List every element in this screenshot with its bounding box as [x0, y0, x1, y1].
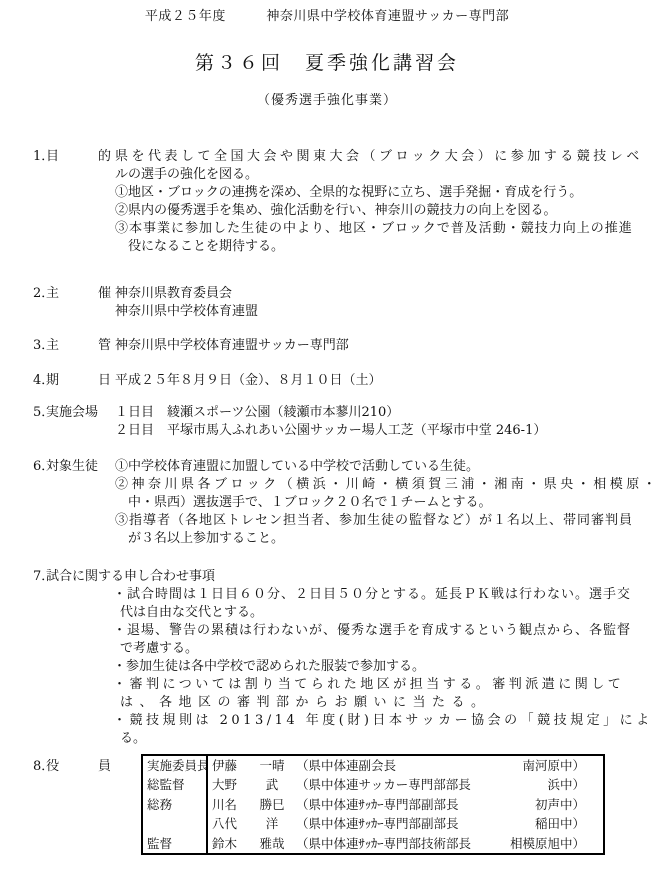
text-line: ２日目 平塚市馬入ふれあい公園サッカー場人工芝（平塚市中堂 246-1） [115, 422, 654, 440]
section-label: 主 催 [46, 286, 111, 301]
bullet-line: ・試合時間は１日目６０分、２日目５０分とする。延長ＰＫ戦は行わない。選手交 [113, 586, 654, 604]
section-number: 2． [33, 285, 46, 303]
text-line: 神奈川県教育委員会 [115, 285, 654, 303]
given-name: 雅哉 [258, 834, 286, 853]
section-label: 主 管 [46, 338, 111, 353]
given-name: 一晴 [258, 756, 286, 775]
section-label: 役 員 [46, 759, 111, 774]
table-row: 総監督 大野武 （県中体連サッカー専門部部長浜中） [143, 775, 603, 794]
section-admin-body: 神奈川県中学校体育連盟サッカー専門部 [115, 337, 654, 355]
section-students: 6．対象生徒 ①中学校体育連盟に加盟している中学校で活動している生徒。 ②神奈川… [0, 458, 654, 548]
bullet-line: ・競技規則は 2013/14 年度(財)日本サッカー協会の「競技規定」によ [113, 712, 654, 730]
section-label: 期 日 [46, 373, 111, 388]
school-name: 相模原旭中） [510, 834, 585, 853]
school-name: 南河原中） [522, 756, 585, 775]
text-line: ③指導者（各地区トレセン担当者、参加生徒の監督など）が１名以上、帯同審判員 [115, 512, 654, 530]
section-host-head: 2．主 催 [33, 285, 115, 321]
given-name: 勝巳 [258, 795, 286, 814]
section-number: 6． [33, 458, 46, 476]
family-name: 鈴木 [212, 834, 258, 853]
section-admin: 3．主 管 神奈川県中学校体育連盟サッカー専門部 [0, 337, 654, 355]
text-line: １日目 綾瀬スポーツ公園（綾瀬市本蓼川210） [115, 404, 654, 422]
section-label: 対象生徒 [46, 459, 98, 474]
section-purpose-head: 1．目 的 [33, 148, 115, 256]
text-line: 県を代表して全国大会や関東大会（ブロック大会）に参加する競技レベ [115, 148, 654, 166]
section-number: 3． [33, 337, 46, 355]
section-rules-head: 7．試合に関する申し合わせ事項 [33, 568, 654, 586]
position-title: （県中体連副会長 [296, 756, 396, 775]
table-row: 監督 鈴木雅哉 （県中体連ｻｯｶｰ専門部技術部長相模原旭中） [143, 834, 603, 853]
name-cell: 大野武 [208, 775, 290, 794]
table-row: 実施委員長 伊藤一晴 （県中体連副会長南河原中） [143, 756, 603, 775]
text-line: 神奈川県中学校体育連盟 [115, 303, 654, 321]
family-name: 川名 [212, 795, 258, 814]
text-line: 役になることを期待する。 [115, 238, 654, 256]
text-line: ルの選手の強化を図る。 [115, 166, 654, 184]
text-line: ①中学校体育連盟に加盟している中学校で活動している生徒。 [115, 458, 654, 476]
position-title: （県中体連サッカー専門部部長 [296, 775, 471, 794]
title-cell: （県中体連副会長南河原中） [290, 756, 603, 775]
section-number: 5． [33, 404, 46, 422]
role-cell: 監督 [143, 834, 208, 853]
position-title: （県中体連ｻｯｶｰ専門部副部長 [296, 814, 459, 833]
section-venue-body: １日目 綾瀬スポーツ公園（綾瀬市本蓼川210） ２日目 平塚市馬入ふれあい公園サ… [115, 404, 654, 440]
family-name: 八代 [212, 814, 258, 833]
bullet-line: は、各地区の審判部からお願いに当たる。 [113, 694, 654, 712]
title-cell: （県中体連サッカー専門部部長浜中） [290, 775, 603, 794]
school-name: 稲田中） [535, 814, 585, 833]
school-name: 浜中） [547, 775, 585, 794]
officials-table: 実施委員長 伊藤一晴 （県中体連副会長南河原中） 総監督 大野武 （県中体連サッ… [141, 754, 605, 855]
given-name: 洋 [258, 814, 286, 833]
table-row: 八代洋 （県中体連ｻｯｶｰ専門部副部長稲田中） [143, 814, 603, 833]
text-line: ①地区・ブロックの連携を深め、全県的な視野に立ち、選手発掘・育成を行う。 [115, 184, 654, 202]
bullet-line: る。 [113, 730, 654, 748]
section-venue: 5．実施会場 １日目 綾瀬スポーツ公園（綾瀬市本蓼川210） ２日目 平塚市馬入… [0, 404, 654, 440]
section-host: 2．主 催 神奈川県教育委員会 神奈川県中学校体育連盟 [0, 285, 654, 321]
document-page: 平成２５年度 神奈川県中学校体育連盟サッカー専門部 第３６回 夏季強化講習会 （… [0, 0, 654, 874]
bullet-line: で考慮する。 [113, 640, 654, 658]
table-row: 総務 川名勝巳 （県中体連ｻｯｶｰ専門部副部長初声中） [143, 795, 603, 814]
bullet-line: 代は自由な交代とする。 [113, 604, 654, 622]
family-name: 伊藤 [212, 756, 258, 775]
role-cell [143, 814, 208, 833]
section-students-head: 6．対象生徒 [33, 458, 115, 548]
text-line: ②県内の優秀選手を集め、強化活動を行い、神奈川の競技力の向上を図る。 [115, 202, 654, 220]
text-line: 平成２５年８月９日（金）、８月１０日（土） [115, 372, 654, 390]
section-label: 実施会場 [46, 405, 98, 420]
title-cell: （県中体連ｻｯｶｰ専門部技術部長相模原旭中） [290, 834, 603, 853]
section-host-body: 神奈川県教育委員会 神奈川県中学校体育連盟 [115, 285, 654, 321]
section-purpose: 1．目 的 県を代表して全国大会や関東大会（ブロック大会）に参加する競技レベ ル… [0, 148, 654, 256]
section-number: 8． [33, 758, 46, 776]
name-cell: 八代洋 [208, 814, 290, 833]
text-line: ③本事業に参加した生徒の中より、地区・ブロックで普及活動・競技力向上の推進 [115, 220, 654, 238]
document-subtitle: （優秀選手強化事業） [0, 92, 654, 110]
section-admin-head: 3．主 管 [33, 337, 115, 355]
name-cell: 川名勝巳 [208, 795, 290, 814]
role-cell: 総監督 [143, 775, 208, 794]
given-name: 武 [258, 775, 286, 794]
name-cell: 鈴木雅哉 [208, 834, 290, 853]
title-cell: （県中体連ｻｯｶｰ専門部副部長初声中） [290, 795, 603, 814]
title-cell: （県中体連ｻｯｶｰ専門部副部長稲田中） [290, 814, 603, 833]
section-officials: 8．役 員 実施委員長 伊藤一晴 （県中体連副会長南河原中） 総監督 大野武 （… [0, 754, 654, 855]
section-rules-body: ・試合時間は１日目６０分、２日目５０分とする。延長ＰＫ戦は行わない。選手交 代は… [33, 586, 654, 748]
section-number: 7． [33, 568, 46, 586]
section-officials-body: 実施委員長 伊藤一晴 （県中体連副会長南河原中） 総監督 大野武 （県中体連サッ… [115, 754, 654, 855]
school-name: 初声中） [535, 795, 585, 814]
role-cell: 総務 [143, 795, 208, 814]
section-date-body: 平成２５年８月９日（金）、８月１０日（土） [115, 372, 654, 390]
position-title: （県中体連ｻｯｶｰ専門部副部長 [296, 795, 459, 814]
text-line: が３名以上参加すること。 [115, 530, 654, 548]
section-officials-head: 8．役 員 [33, 754, 115, 855]
section-rules: 7．試合に関する申し合わせ事項 ・試合時間は１日目６０分、２日目５０分とする。延… [0, 568, 654, 748]
name-cell: 伊藤一晴 [208, 756, 290, 775]
section-purpose-body: 県を代表して全国大会や関東大会（ブロック大会）に参加する競技レベ ルの選手の強化… [115, 148, 654, 256]
bullet-line: ・退場、警告の累積は行わないが、優秀な選手を育成するという観点から、各監督 [113, 622, 654, 640]
document-header-line: 平成２５年度 神奈川県中学校体育連盟サッカー専門部 [0, 8, 654, 26]
section-venue-head: 5．実施会場 [33, 404, 115, 440]
family-name: 大野 [212, 775, 258, 794]
section-number: 1． [33, 148, 46, 166]
text-line: 中・県西）選抜選手で、１ブロック２０名で１チームとする。 [115, 494, 654, 512]
role-cell: 実施委員長 [143, 756, 208, 775]
bullet-line: ・参加生徒は各中学校で認められた服装で参加する。 [113, 658, 654, 676]
text-line: ②神奈川県各ブロック（横浜・川崎・横須賀三浦・湘南・県央・相模原・ [115, 476, 654, 494]
document-title: 第３６回 夏季強化講習会 [0, 50, 654, 76]
section-number: 4． [33, 372, 46, 390]
section-students-body: ①中学校体育連盟に加盟している中学校で活動している生徒。 ②神奈川県各ブロック（… [115, 458, 654, 548]
bullet-line: ・審判については割り当てられた地区が担当する。審判派遣に関して [113, 676, 654, 694]
text-line: 神奈川県中学校体育連盟サッカー専門部 [115, 337, 654, 355]
section-date: 4．期 日 平成２５年８月９日（金）、８月１０日（土） [0, 372, 654, 390]
position-title: （県中体連ｻｯｶｰ専門部技術部長 [296, 834, 471, 853]
section-label: 目 的 [46, 149, 111, 164]
section-date-head: 4．期 日 [33, 372, 115, 390]
section-heading: 試合に関する申し合わせ事項 [46, 569, 215, 584]
